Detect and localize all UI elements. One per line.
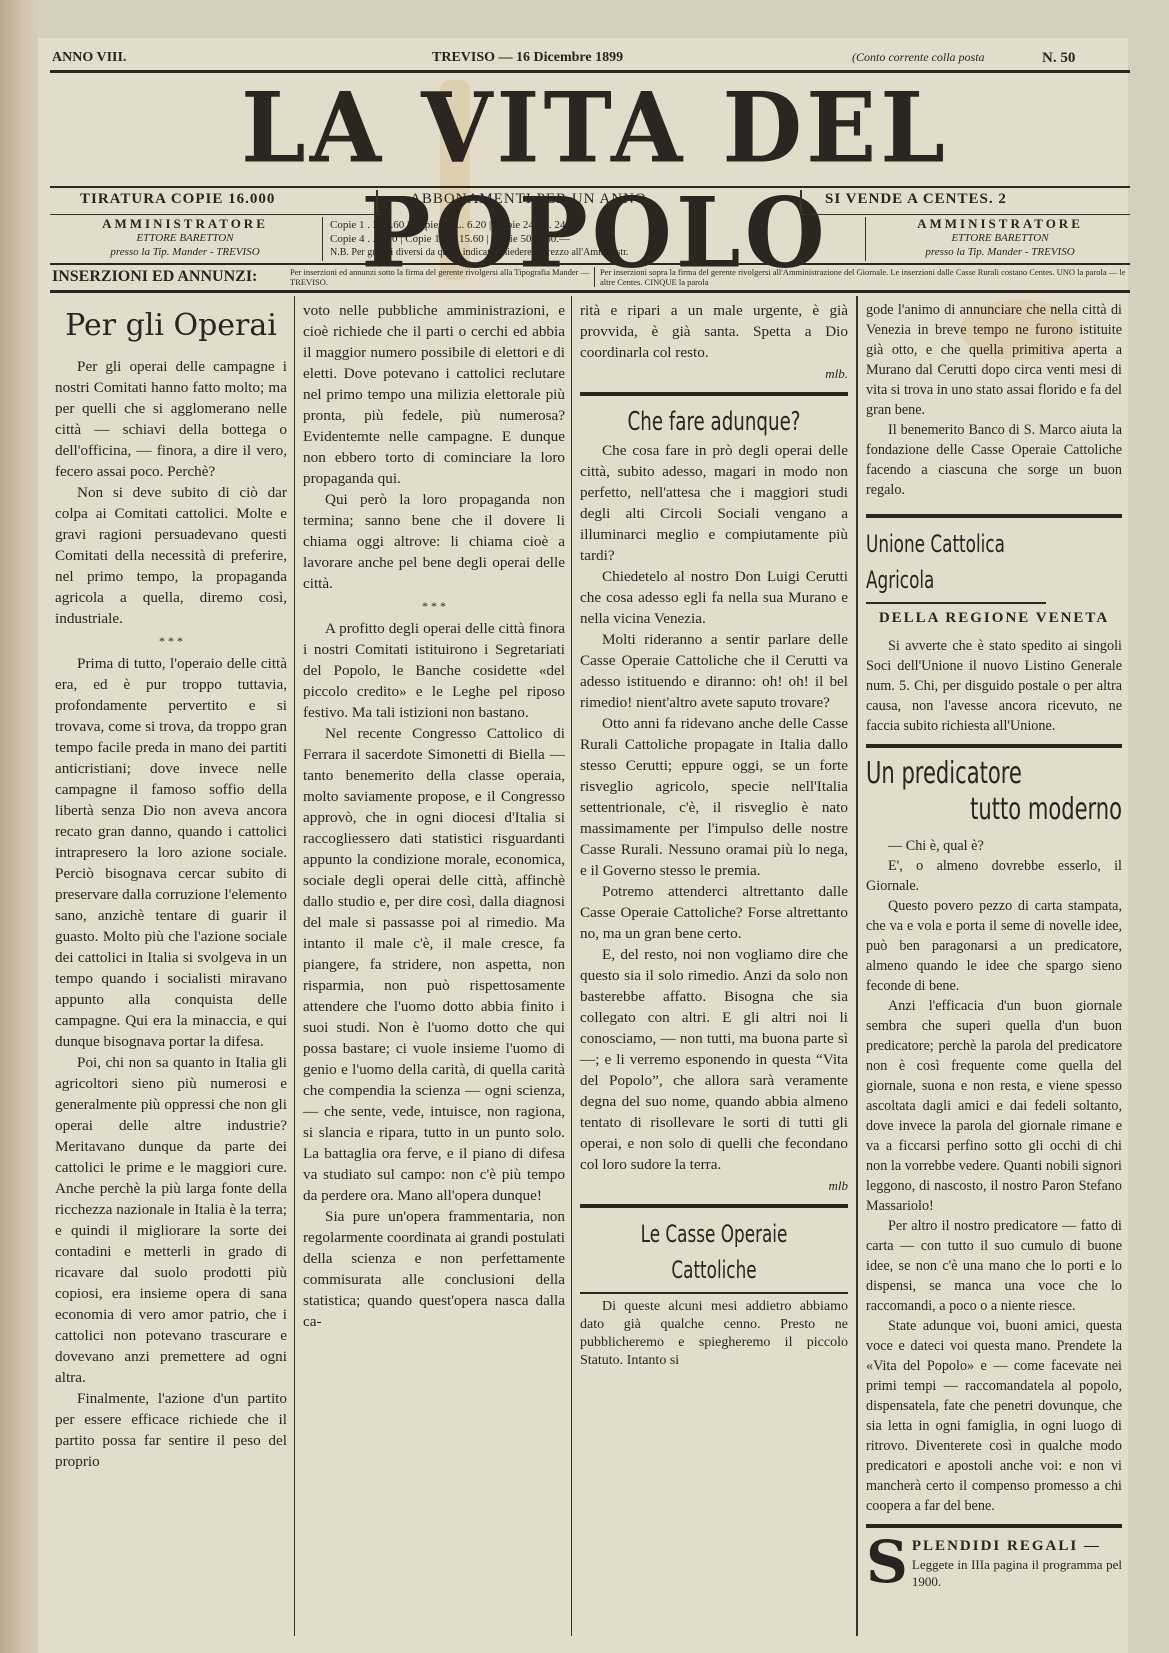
paragraph: A profitto degli operai delle città fino… xyxy=(303,618,565,723)
ads-note-left: Per inserzioni ed annunzi sotto la firma… xyxy=(290,267,590,287)
rule xyxy=(800,214,1130,215)
divider xyxy=(594,267,595,287)
paragraph: Potremo attenderci altrettanto dalle Cas… xyxy=(580,881,848,944)
column-divider xyxy=(294,296,295,1636)
ads-note-right: Per inserzioni sopra la firma del gerent… xyxy=(600,267,1130,287)
article-title-line1: Un predicatore xyxy=(866,756,1066,792)
column-divider xyxy=(856,296,858,1636)
section-break: * * * xyxy=(303,598,565,614)
subscriptions-heading: ABBONAMENTI PER UN ANNO xyxy=(410,191,647,208)
paragraph: Prima di tutto, l'operaio delle città er… xyxy=(55,653,287,1052)
divider xyxy=(376,190,378,212)
paragraph: Chiedetelo al nostro Don Luigi Cerutti c… xyxy=(580,566,848,629)
admin-right: AMMINISTRATORE ETTORE BARETTON presso la… xyxy=(870,217,1130,259)
paragraph: Per gli operai delle campagne i nostri C… xyxy=(55,356,287,482)
admin-right-title: AMMINISTRATORE xyxy=(870,217,1130,231)
signature: mlb. xyxy=(580,363,848,384)
page-edge xyxy=(0,0,38,1653)
paragraph: Otto anni fa ridevano anche delle Casse … xyxy=(580,713,848,881)
article-title: Unione Cattolica Agricola xyxy=(866,526,1066,598)
rate-row: Copie 4 . . 4.80 | Copie 15 . . 15.60 | … xyxy=(330,232,830,246)
paragraph: Il benemerito Banco di S. Marco aiuta la… xyxy=(866,420,1122,500)
rule xyxy=(580,392,848,396)
rate-row: N.B. Per gruppi diversi da quelli indica… xyxy=(330,246,830,260)
rate-row: Copie 1 . L. 1.60 | Copie 8 . L. 6.20 | … xyxy=(330,218,830,232)
article-title-line2: tutto moderno xyxy=(922,792,1122,828)
article-per-gli-operai: Per gli Operai Per gli operai delle camp… xyxy=(55,300,287,1472)
divider xyxy=(800,190,802,212)
signature: mlb xyxy=(580,1175,848,1196)
rule xyxy=(50,263,1130,265)
article-title: Per gli Operai xyxy=(55,306,287,346)
rule xyxy=(580,1292,848,1294)
divider xyxy=(322,217,323,261)
article-title: Le Casse Operaie Cattoliche xyxy=(609,1216,818,1288)
admin-left-title: AMMINISTRATORE xyxy=(55,217,315,231)
rule xyxy=(866,744,1122,748)
section-break: * * * xyxy=(55,633,287,649)
paragraph: Poi, chi non sa quanto in Italia gli agr… xyxy=(55,1052,287,1388)
paragraph: Per altro il nostro predicatore — fatto … xyxy=(866,1216,1122,1316)
admin-left-name: ETTORE BARETTON xyxy=(55,231,315,245)
column-divider xyxy=(571,296,572,1636)
header-info-line: ANNO VIII. TREVISO — 16 Dicembre 1899 (C… xyxy=(52,48,1132,70)
paragraph: Molti rideranno a sentir parlare delle C… xyxy=(580,629,848,713)
article-subtitle: DELLA REGIONE VENETA xyxy=(866,608,1122,628)
paragraph: — Chi è, qual è? xyxy=(866,836,1122,856)
article-che-fare: rità e ripari a un male urgente, è già p… xyxy=(580,300,848,1370)
article-title: Che fare adunque? xyxy=(609,404,818,440)
paragraph: E, del resto, noi non vogliamo dire che … xyxy=(580,944,848,1175)
paragraph: Anzi l'efficacia d'un buon giornale semb… xyxy=(866,996,1122,1216)
rule xyxy=(50,214,380,215)
admin-left: AMMINISTRATORE ETTORE BARETTON presso la… xyxy=(55,217,315,259)
circulation: TIRATURA COPIE 16.000 xyxy=(80,191,275,208)
article-per-gli-operai-cont: voto nelle pubbliche amministrazioni, e … xyxy=(303,300,565,1332)
ads-label: INSERZIONI ED ANNUNZI: xyxy=(52,268,257,286)
paragraph: E', o almeno dovrebbe esserlo, il Giorna… xyxy=(866,856,1122,896)
paragraph: Che cosa fare in prò degli operai delle … xyxy=(580,440,848,566)
paragraph: State adunque voi, buoni amici, questa v… xyxy=(866,1316,1122,1516)
divider xyxy=(865,217,866,261)
paragraph: Questo povero pezzo di carta stampata, c… xyxy=(866,896,1122,996)
paragraph: Non si deve subito di ciò dar colpa ai C… xyxy=(55,482,287,629)
paragraph: Finalmente, l'azione d'un partito per es… xyxy=(55,1388,287,1472)
paragraph: voto nelle pubbliche amministrazioni, e … xyxy=(303,300,565,489)
paragraph: Qui però la loro propaganda non termina;… xyxy=(303,489,565,594)
paragraph: Di queste alcuni mesi addietro abbiamo d… xyxy=(580,1298,848,1370)
issue-number: N. 50 xyxy=(1042,50,1075,67)
rule xyxy=(866,602,1046,604)
column-four: gode l'animo di annunciare che nella cit… xyxy=(866,300,1122,1590)
price: SI VENDE A CENTES. 2 xyxy=(825,191,1007,208)
admin-right-name: ETTORE BARETTON xyxy=(870,231,1130,245)
paragraph: rità e ripari a un male urgente, è già p… xyxy=(580,300,848,363)
postal-note: (Conto corrente colla posta xyxy=(852,50,985,65)
year-label: ANNO VIII. xyxy=(52,50,126,66)
masthead-title: LA VITA DEL POPOLO xyxy=(120,76,1070,181)
rule xyxy=(50,290,1130,293)
drop-cap-s: S xyxy=(866,1536,908,1588)
rule xyxy=(866,514,1122,518)
paragraph: Si avverte che è stato spedito ai singol… xyxy=(866,636,1122,736)
paragraph: gode l'animo di annunciare che nella cit… xyxy=(866,300,1122,420)
dateline: TREVISO — 16 Dicembre 1899 xyxy=(432,50,623,66)
admin-right-address: presso la Tip. Mander - TREVISO xyxy=(870,245,1130,259)
paragraph: Nel recente Congresso Cattolico di Ferra… xyxy=(303,723,565,1206)
rule xyxy=(580,1204,848,1208)
rule xyxy=(50,186,1130,188)
subscription-rates: Copie 1 . L. 1.60 | Copie 8 . L. 6.20 | … xyxy=(330,218,830,260)
paragraph: Sia pure un'opera frammentaria, non rego… xyxy=(303,1206,565,1332)
promo-box: S PLENDIDI REGALI — Leggete in IIIa pagi… xyxy=(866,1536,1122,1590)
admin-left-address: presso la Tip. Mander - TREVISO xyxy=(55,245,315,259)
